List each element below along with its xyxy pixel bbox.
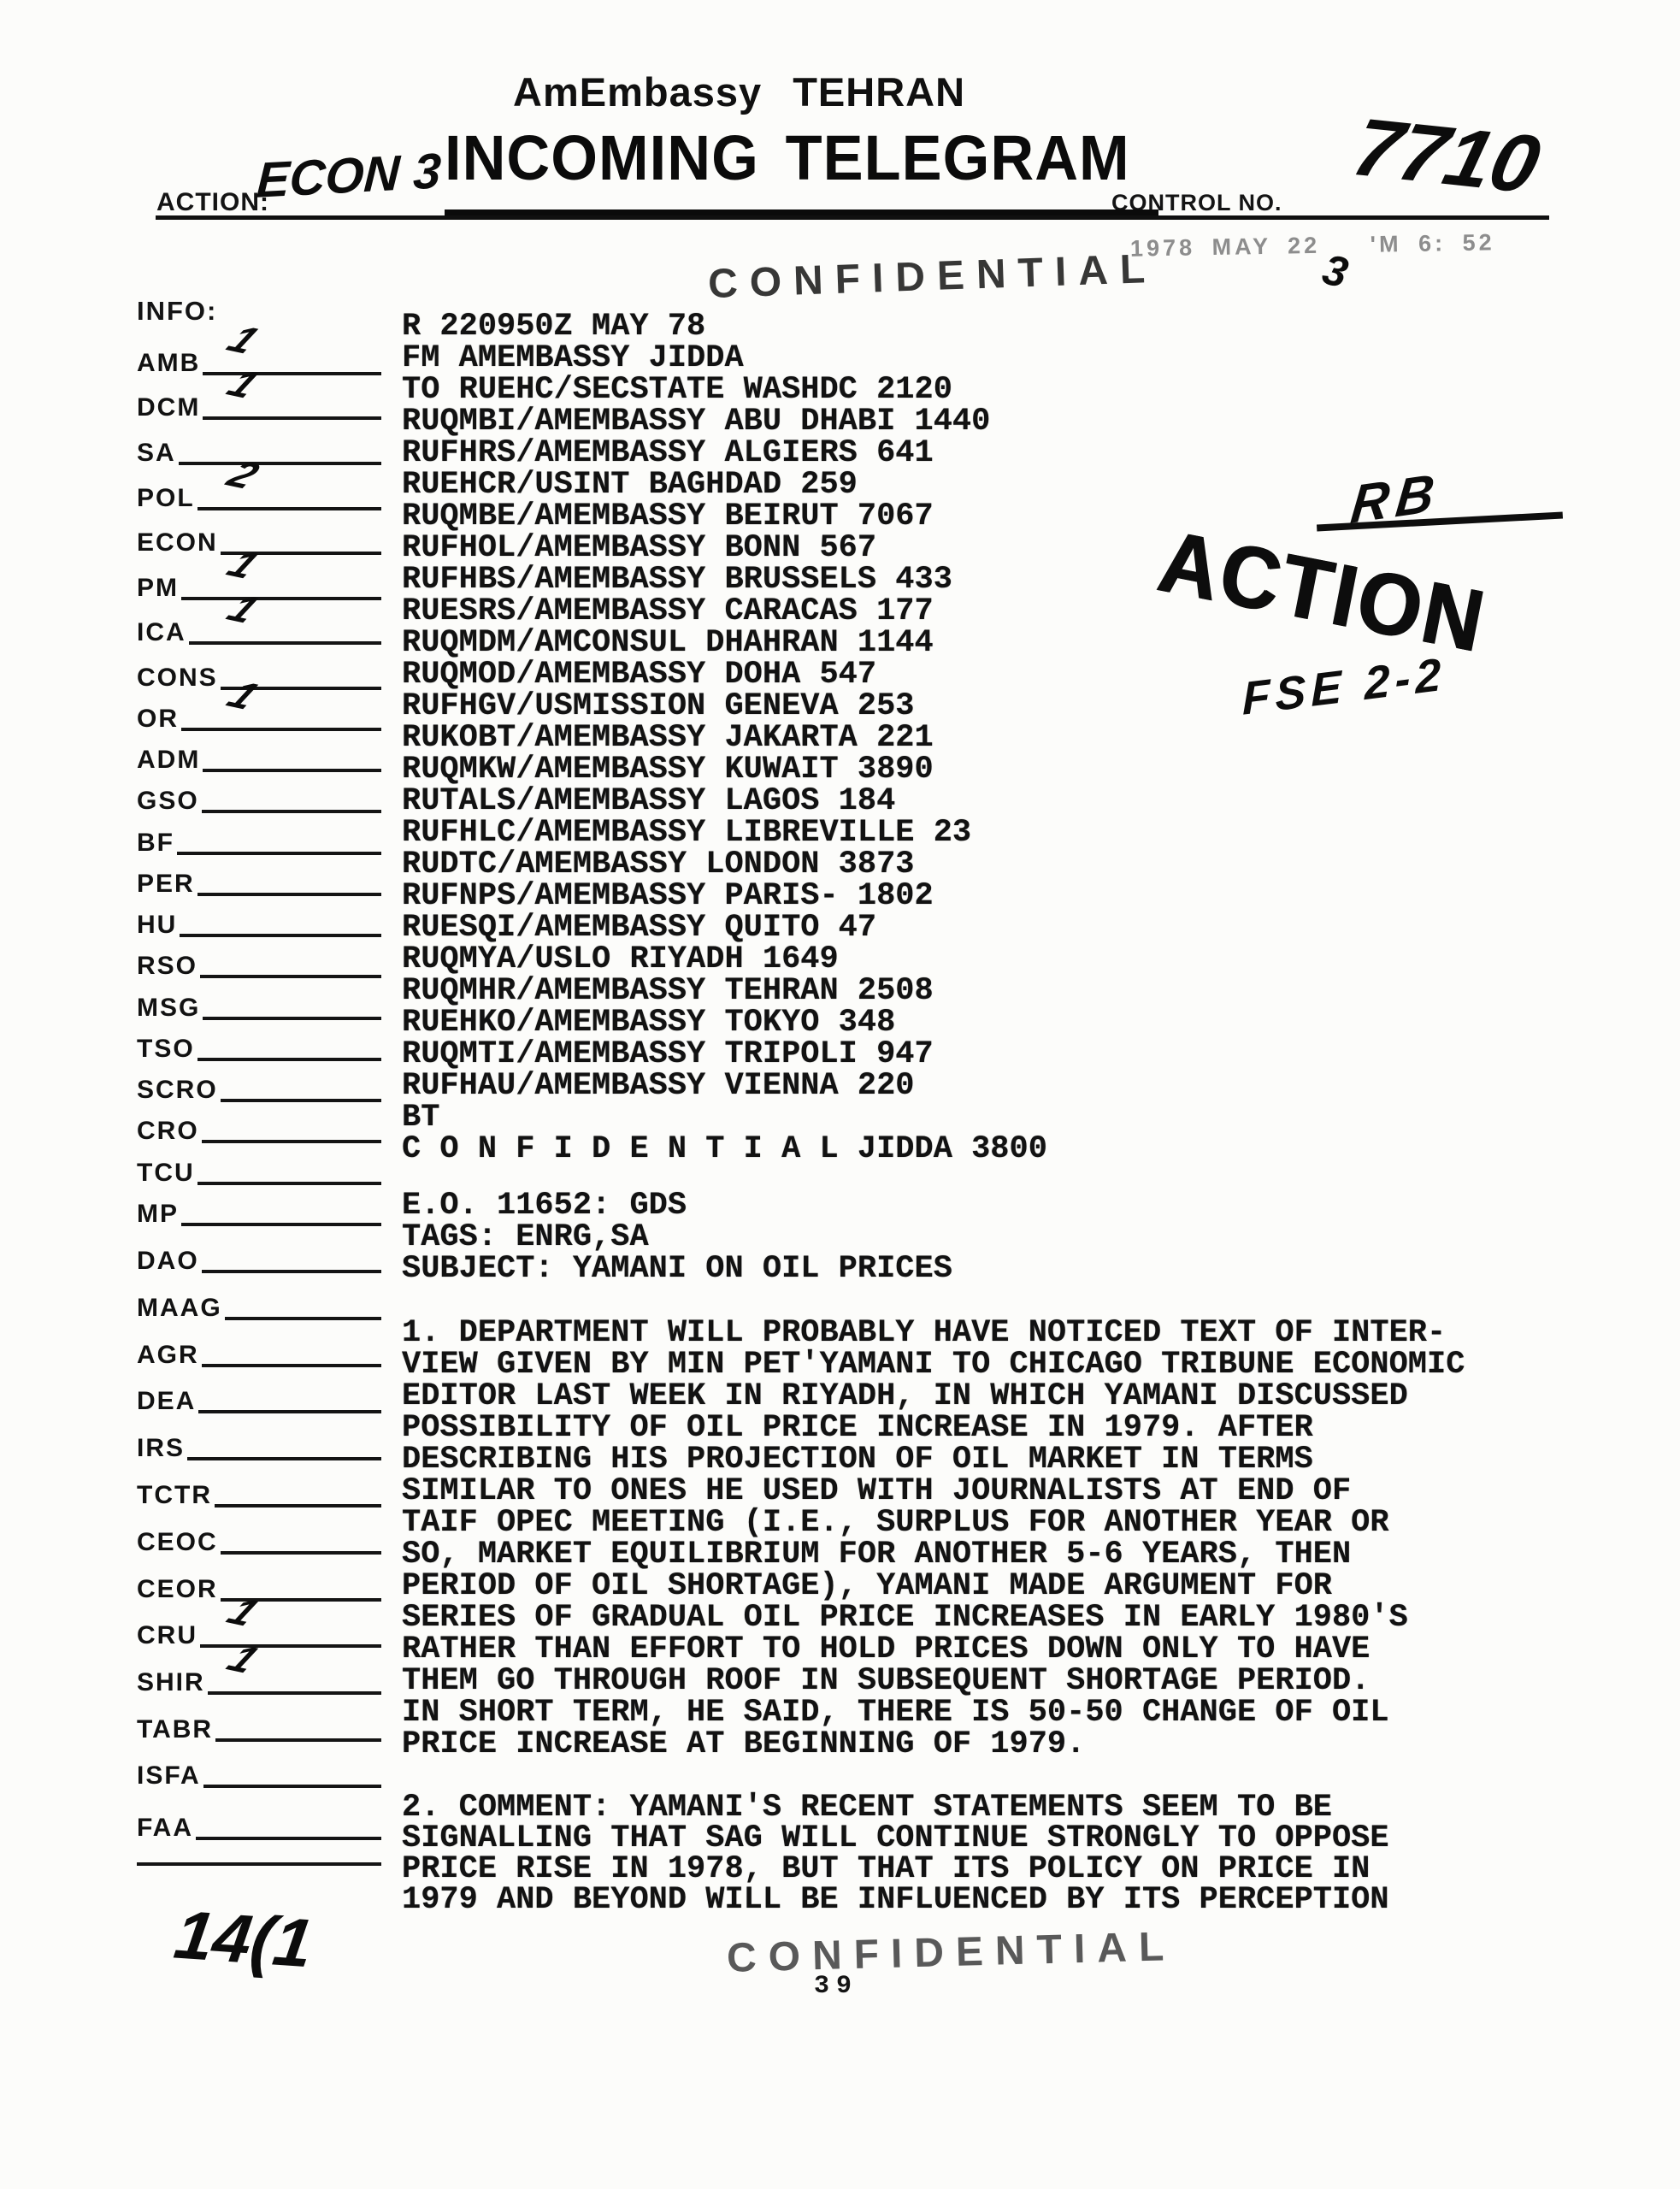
routing-row: TCU — [137, 1152, 381, 1186]
routing-label: AGR — [137, 1342, 202, 1368]
routing-label: DAO — [137, 1248, 202, 1274]
routing-label: TABR — [137, 1717, 215, 1743]
date-received-text: 1978 MAY 22 — [1130, 233, 1321, 262]
routing-row: HU — [137, 904, 381, 938]
routing-underline — [203, 1785, 381, 1788]
routing-underline — [203, 416, 381, 420]
routing-label: SHIR — [137, 1670, 208, 1696]
routing-label: SCRO — [137, 1077, 221, 1103]
routing-row: PER — [137, 863, 381, 897]
routing-underline — [225, 1317, 381, 1320]
routing-label: ISFA — [137, 1763, 203, 1789]
embassy-name: AmEmbassy TEHRAN — [513, 68, 965, 115]
routing-label: OR — [137, 706, 181, 732]
routing-underline — [215, 1738, 381, 1742]
routing-label: POL — [137, 486, 197, 511]
routing-underline — [197, 507, 381, 510]
routing-underline — [200, 1644, 381, 1648]
page-title: INCOMING TELEGRAM — [445, 121, 1130, 194]
routing-underline — [208, 1691, 381, 1695]
routing-underline — [197, 893, 381, 896]
routing-label: GSO — [137, 788, 202, 814]
routing-underline — [179, 462, 381, 465]
routing-underline — [177, 852, 381, 855]
action-label: ACTION: — [156, 188, 269, 217]
routing-underline — [221, 1099, 381, 1102]
routing-label: CEOR — [137, 1577, 221, 1602]
routing-row: MSG — [137, 987, 381, 1021]
routing-row: DEA — [137, 1380, 381, 1414]
date-received-stamp: 1978 MAY 22 'M 6: 52 — [1130, 229, 1495, 262]
header-rule — [156, 215, 1549, 220]
routing-row: POL 2 — [137, 477, 381, 511]
routing-row: DAO — [137, 1240, 381, 1274]
routing-underline — [189, 641, 381, 645]
telegram-meta-block: E.O. 11652: GDS TAGS: ENRG,SA SUBJECT: Y… — [402, 1190, 952, 1285]
control-number-handwritten: 7710 — [1344, 101, 1548, 212]
routing-row: AGR — [137, 1334, 381, 1368]
routing-label: MAAG — [137, 1295, 225, 1321]
routing-label: DCM — [137, 395, 203, 421]
routing-label: CRO — [137, 1118, 202, 1144]
routing-underline — [187, 1457, 381, 1460]
routing-row: ADM — [137, 739, 381, 773]
routing-underline — [181, 597, 381, 600]
info-label: INFO: — [137, 296, 217, 327]
routing-label: ICA — [137, 620, 189, 646]
routing-underline — [197, 1182, 381, 1185]
routing-label: BF — [137, 830, 177, 856]
confidential-stamp-top: CONFIDENTIAL — [707, 245, 1158, 308]
telegram-paragraph-2: 2. COMMENT: YAMANI'S RECENT STATEMENTS S… — [402, 1792, 1389, 1915]
routing-label: PER — [137, 871, 197, 897]
fse-routing-handwritten: FSE 2-2 — [1241, 647, 1446, 726]
routing-label: TCU — [137, 1160, 197, 1186]
routing-underline — [180, 934, 381, 937]
routing-label: MSG — [137, 995, 203, 1021]
routing-row: CEOC — [137, 1521, 381, 1555]
routing-row: BF — [137, 822, 381, 856]
routing-handwritten-mark: 1 — [221, 320, 266, 359]
routing-label: FAA — [137, 1815, 196, 1841]
routing-underline — [198, 1410, 381, 1413]
routing-row: SHIR 1 — [137, 1661, 381, 1696]
routing-underline — [221, 1551, 381, 1555]
title-underline — [445, 209, 1158, 215]
routing-underline — [203, 769, 381, 772]
routing-label: ADM — [137, 747, 203, 773]
routing-row: ICA 1 — [137, 611, 381, 646]
telegram-address-block: R 220950Z MAY 78 FM AMEMBASSY JIDDA TO R… — [402, 311, 1047, 1165]
telegram-paragraph-1: 1. DEPARTMENT WILL PROBABLY HAVE NOTICED… — [402, 1318, 1465, 1761]
routing-underline — [203, 1017, 381, 1020]
routing-row: OR 1 — [137, 698, 381, 732]
routing-label: CONS — [137, 665, 221, 691]
routing-label: MP — [137, 1201, 181, 1227]
routing-underline — [202, 1364, 381, 1367]
routing-row: TSO — [137, 1028, 381, 1062]
routing-row: ISFA — [137, 1755, 381, 1789]
routing-row: TCTR — [137, 1474, 381, 1508]
routing-label: TCTR — [137, 1483, 215, 1508]
routing-label: AMB — [137, 351, 203, 376]
page-number: 39 — [814, 1972, 858, 2001]
routing-label: CRU — [137, 1623, 200, 1649]
routing-underline — [202, 1270, 381, 1273]
tally-handwritten-note: 14(1 — [170, 1896, 318, 1983]
routing-row: CRO — [137, 1110, 381, 1144]
routing-underline — [181, 728, 381, 731]
routing-row: MAAG — [137, 1287, 381, 1321]
routing-label: PM — [137, 575, 181, 601]
routing-label: CEOC — [137, 1530, 221, 1555]
routing-row: RSO — [137, 945, 381, 979]
routing-row: MP — [137, 1193, 381, 1227]
blank-routing-line — [137, 1862, 381, 1866]
telegram-page: AmEmbassy TEHRAN INCOMING TELEGRAM ACTIO… — [0, 0, 1680, 2189]
routing-label: RSO — [137, 953, 200, 979]
routing-underline — [202, 810, 381, 813]
routing-underline — [203, 372, 381, 375]
routing-underline — [197, 1058, 381, 1061]
routing-row: IRS — [137, 1427, 381, 1461]
confidential-stamp-bottom: CONFIDENTIAL — [726, 1923, 1176, 1982]
routing-label: DEA — [137, 1389, 198, 1414]
routing-row: SCRO — [137, 1069, 381, 1103]
routing-row: FAA — [137, 1807, 381, 1841]
routing-label: IRS — [137, 1436, 187, 1461]
action-handwritten-value: ECON 3 — [255, 142, 442, 209]
routing-underline — [196, 1837, 381, 1840]
routing-label: TSO — [137, 1036, 197, 1062]
routing-row: DCM 1 — [137, 386, 381, 421]
routing-underline — [200, 975, 381, 978]
routing-label: HU — [137, 912, 180, 938]
routing-label: ECON — [137, 530, 221, 556]
routing-label: SA — [137, 440, 179, 466]
routing-underline — [202, 1140, 381, 1143]
routing-row: TABR — [137, 1708, 381, 1743]
routing-underline — [181, 1223, 381, 1226]
routing-underline — [215, 1504, 381, 1508]
time-received-text: 'M 6: 52 — [1370, 229, 1494, 257]
routing-row: GSO — [137, 780, 381, 814]
